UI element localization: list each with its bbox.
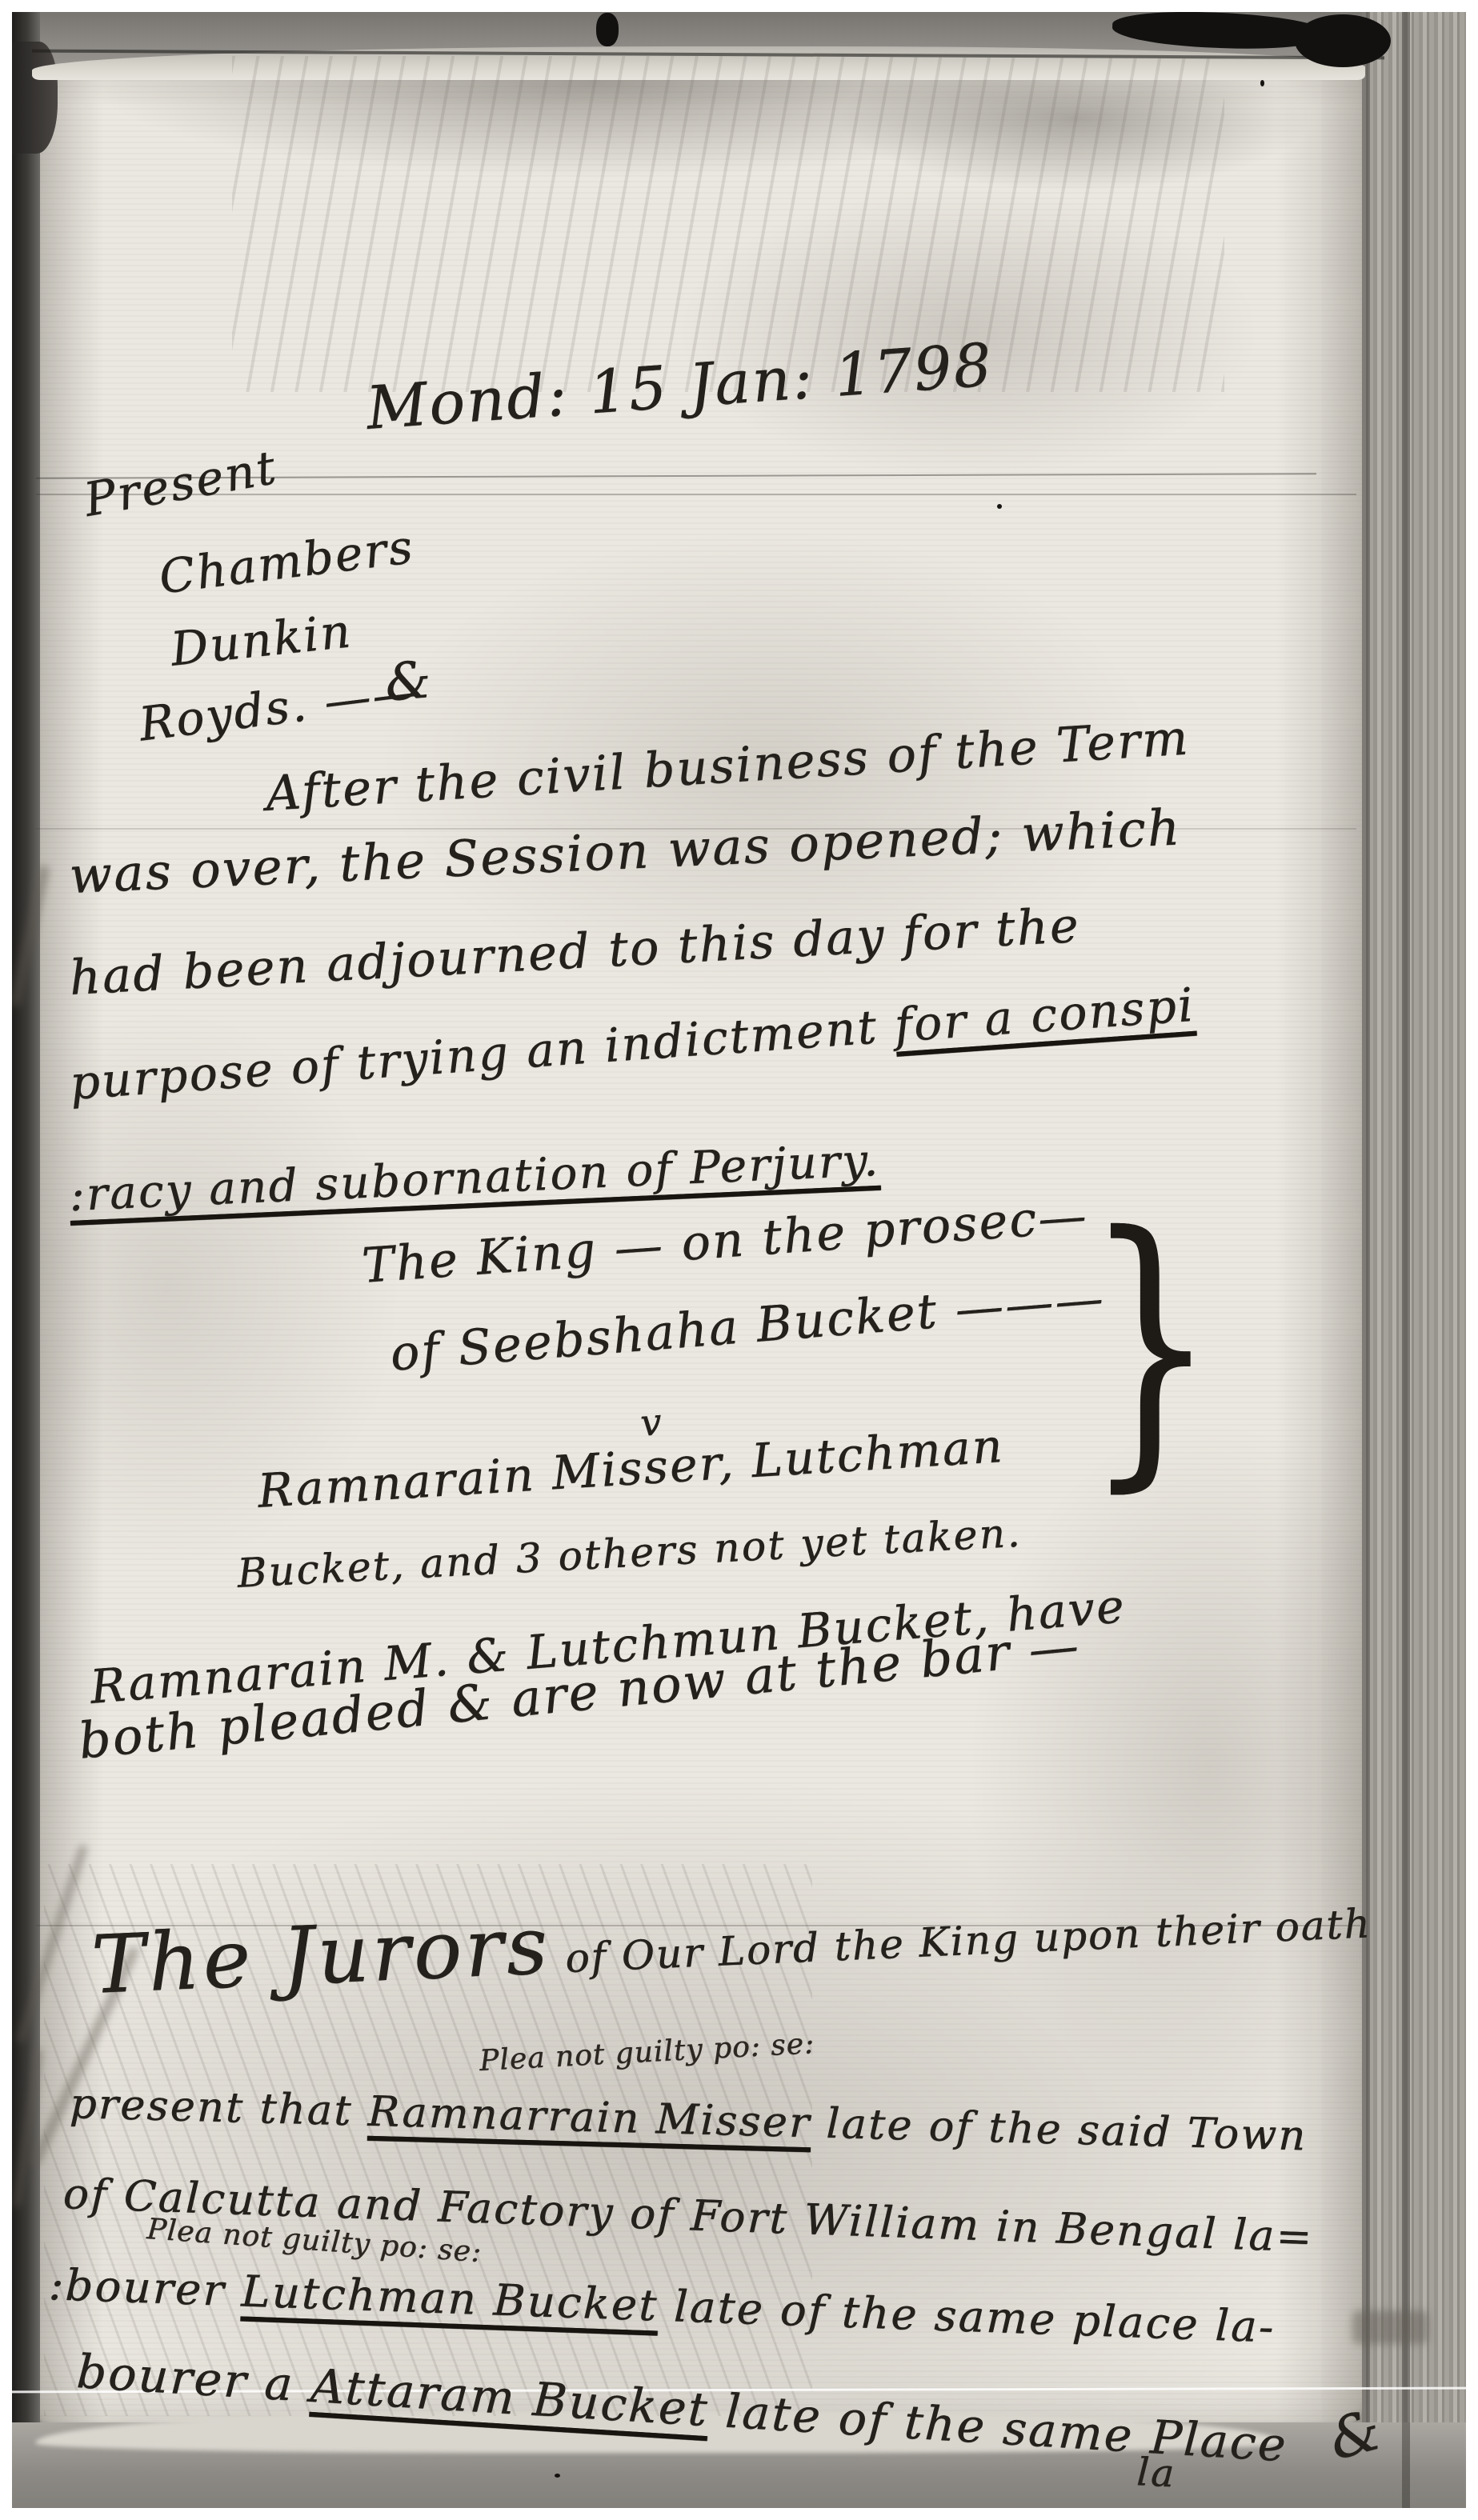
- manuscript-scan: Mond: 15 Jan: 1798 Present Chambers Dunk…: [0, 0, 1478, 2520]
- scan-border: [0, 0, 1478, 2520]
